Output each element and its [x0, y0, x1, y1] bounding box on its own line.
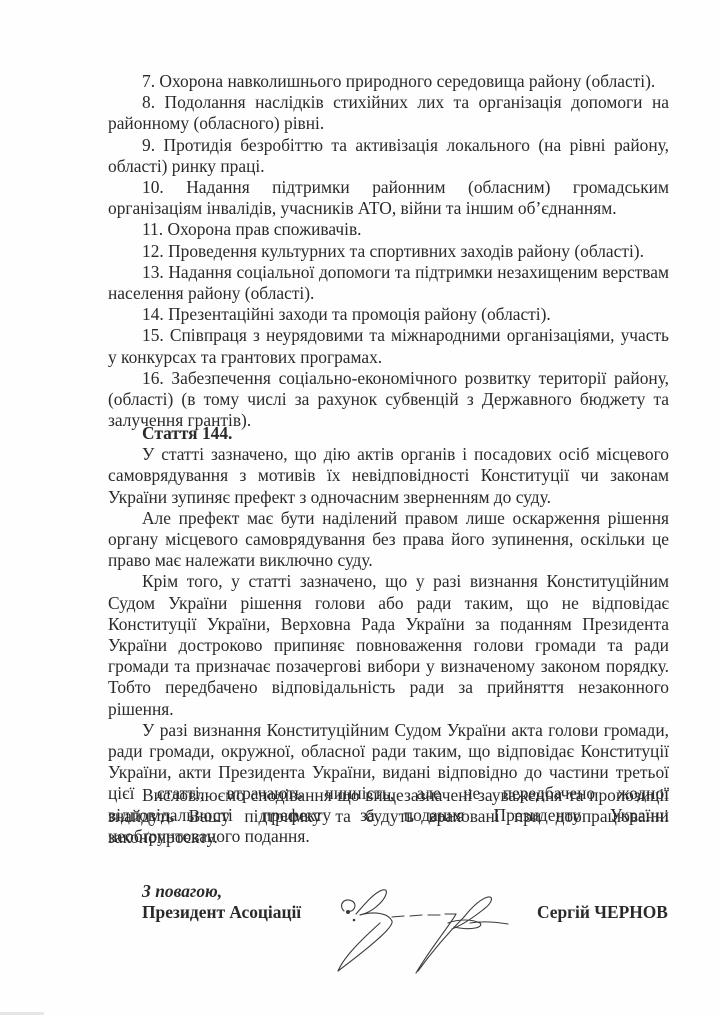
- list-item-16: 16. Забезпечення соціально-економічного …: [108, 368, 669, 432]
- article-paragraph: Але префект має бути наділений правом ли…: [108, 508, 669, 572]
- list-item-number: 15.: [142, 325, 164, 345]
- list-item-7: 7. Охорона навколишнього природного сере…: [108, 71, 669, 92]
- list-item-number: 12.: [142, 241, 164, 261]
- list-item-number: 10.: [142, 177, 164, 197]
- article-144-section: Стаття 144. У статті зазначено, що дію а…: [108, 423, 669, 847]
- list-item-text: Надання підтримки районним (обласним) гр…: [108, 177, 669, 218]
- signatory-name: Сергій ЧЕРНОВ: [537, 902, 668, 923]
- article-paragraph: Крім того, у статті зазначено, що у разі…: [108, 571, 669, 719]
- list-item-text: Охорона прав споживачів.: [167, 219, 361, 239]
- list-item-13: 13. Надання соціальної допомоги та підтр…: [108, 262, 669, 304]
- list-item-text: Презентаційні заходи та промоція району …: [168, 304, 551, 324]
- list-item-number: 11.: [142, 219, 163, 239]
- list-item-12: 12. Проведення культурних та спортивних …: [108, 241, 669, 262]
- document-page: 7. Охорона навколишнього природного сере…: [0, 0, 720, 1015]
- closing-section: Висловлюємо сподівання що вищезазначені …: [108, 785, 669, 849]
- list-item-text: Співпраця з неурядовими та міжнародними …: [108, 325, 669, 366]
- list-item-15: 15. Співпраця з неурядовими та міжнародн…: [108, 325, 669, 367]
- list-item-number: 9.: [142, 135, 155, 155]
- list-item-text: Охорона навколишнього природного середов…: [159, 71, 655, 91]
- list-item-10: 10. Надання підтримки районним (обласним…: [108, 177, 669, 219]
- list-item-14: 14. Презентаційні заходи та промоція рай…: [108, 304, 669, 325]
- closing-paragraph: Висловлюємо сподівання що вищезазначені …: [108, 785, 669, 849]
- greeting: З повагою,: [142, 881, 301, 902]
- list-item-number: 16.: [142, 368, 164, 388]
- list-item-text: Надання соціальної допомоги та підтримки…: [108, 262, 669, 303]
- article-paragraph: У статті зазначено, що дію актів органів…: [108, 444, 669, 508]
- list-item-8: 8. Подолання наслідків стихійних лих та …: [108, 92, 669, 134]
- list-item-number: 7.: [142, 71, 155, 91]
- signature-block: З повагою, Президент Асоціації Сергій ЧЕ: [108, 881, 669, 991]
- list-item-number: 13.: [142, 262, 164, 282]
- list-item-text: Подолання наслідків стихійних лих та орг…: [108, 92, 669, 133]
- handwritten-signature-icon: [330, 887, 510, 979]
- signatory-position: Президент Асоціації: [142, 902, 301, 923]
- list-item-number: 8.: [142, 92, 155, 112]
- signatory-title-block: З повагою, Президент Асоціації: [142, 881, 301, 923]
- list-item-text: Протидія безробіттю та активізація локал…: [108, 135, 669, 176]
- list-item-9: 9. Протидія безробіттю та активізація ло…: [108, 135, 669, 177]
- competence-list: 7. Охорона навколишнього природного сере…: [108, 71, 669, 431]
- article-heading: Стаття 144.: [108, 423, 669, 444]
- list-item-11: 11. Охорона прав споживачів.: [108, 219, 669, 240]
- list-item-number: 14.: [142, 304, 164, 324]
- list-item-text: Проведення культурних та спортивних захо…: [168, 241, 644, 261]
- list-item-text: Забезпечення соціально-економічного розв…: [108, 368, 669, 430]
